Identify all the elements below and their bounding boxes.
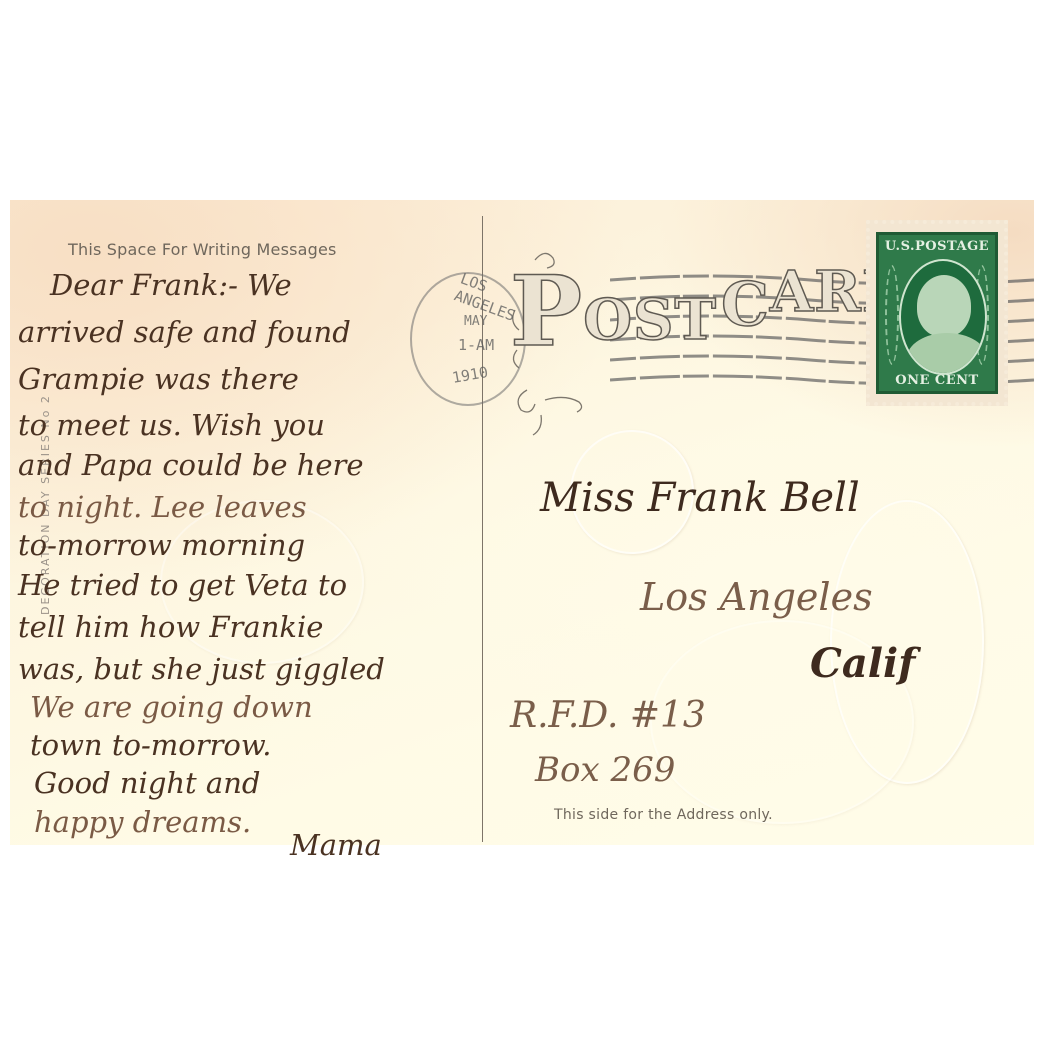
message-line: arrived safe and found — [18, 315, 351, 349]
franklin-portrait-icon — [899, 259, 987, 375]
address-area-footer: This side for the Address only. — [554, 807, 773, 823]
postcard: This Space For Writing Messages DECORATI… — [10, 200, 1034, 845]
recipient-state: Calif — [810, 640, 915, 687]
message-line: to meet us. Wish you — [18, 408, 325, 442]
recipient-city: Los Angeles — [640, 575, 873, 619]
message-line: to-morrow morning — [18, 528, 305, 562]
recipient-box: Box 269 — [535, 750, 675, 790]
recipient-route: R.F.D. #13 — [510, 695, 706, 736]
message-line: to night. Lee leaves — [18, 490, 307, 524]
postmark-time: 1-AM — [458, 336, 494, 354]
laurel-left-icon — [885, 265, 899, 365]
postmark-month: MAY — [464, 314, 487, 329]
message-line: He tried to get Veta to — [18, 568, 347, 602]
recipient-name: Miss Frank Bell — [540, 475, 860, 521]
title-letter: P — [510, 255, 583, 368]
message-line: town to-morrow. — [30, 728, 272, 762]
message-line: We are going down — [30, 690, 313, 724]
message-line: was, but she just giggled — [18, 652, 385, 686]
stamp-top-label: U.S.POSTAGE — [879, 239, 995, 254]
postage-stamp: U.S.POSTAGE ONE CENT — [866, 220, 1008, 406]
post-card-title: POSTCARD — [510, 255, 911, 368]
postmark-year: 1910 — [451, 363, 490, 387]
message-line: happy dreams. — [34, 805, 251, 839]
stamp-bottom-label: ONE CENT — [879, 373, 995, 388]
message-line: Mama — [290, 828, 382, 862]
message-area-header: This Space For Writing Messages — [68, 240, 337, 259]
postmark: LOS ANGELES MAY 1-AM 1910 — [410, 272, 526, 406]
title-letter: C — [721, 270, 770, 340]
message-line: tell him how Frankie — [18, 610, 323, 644]
message-line: Grampie was there — [18, 362, 299, 396]
message-line: and Papa could be here — [18, 448, 364, 482]
title-letters: OST — [583, 287, 717, 353]
message-line: Dear Frank:- We — [50, 268, 292, 302]
message-line: Good night and — [34, 766, 260, 800]
